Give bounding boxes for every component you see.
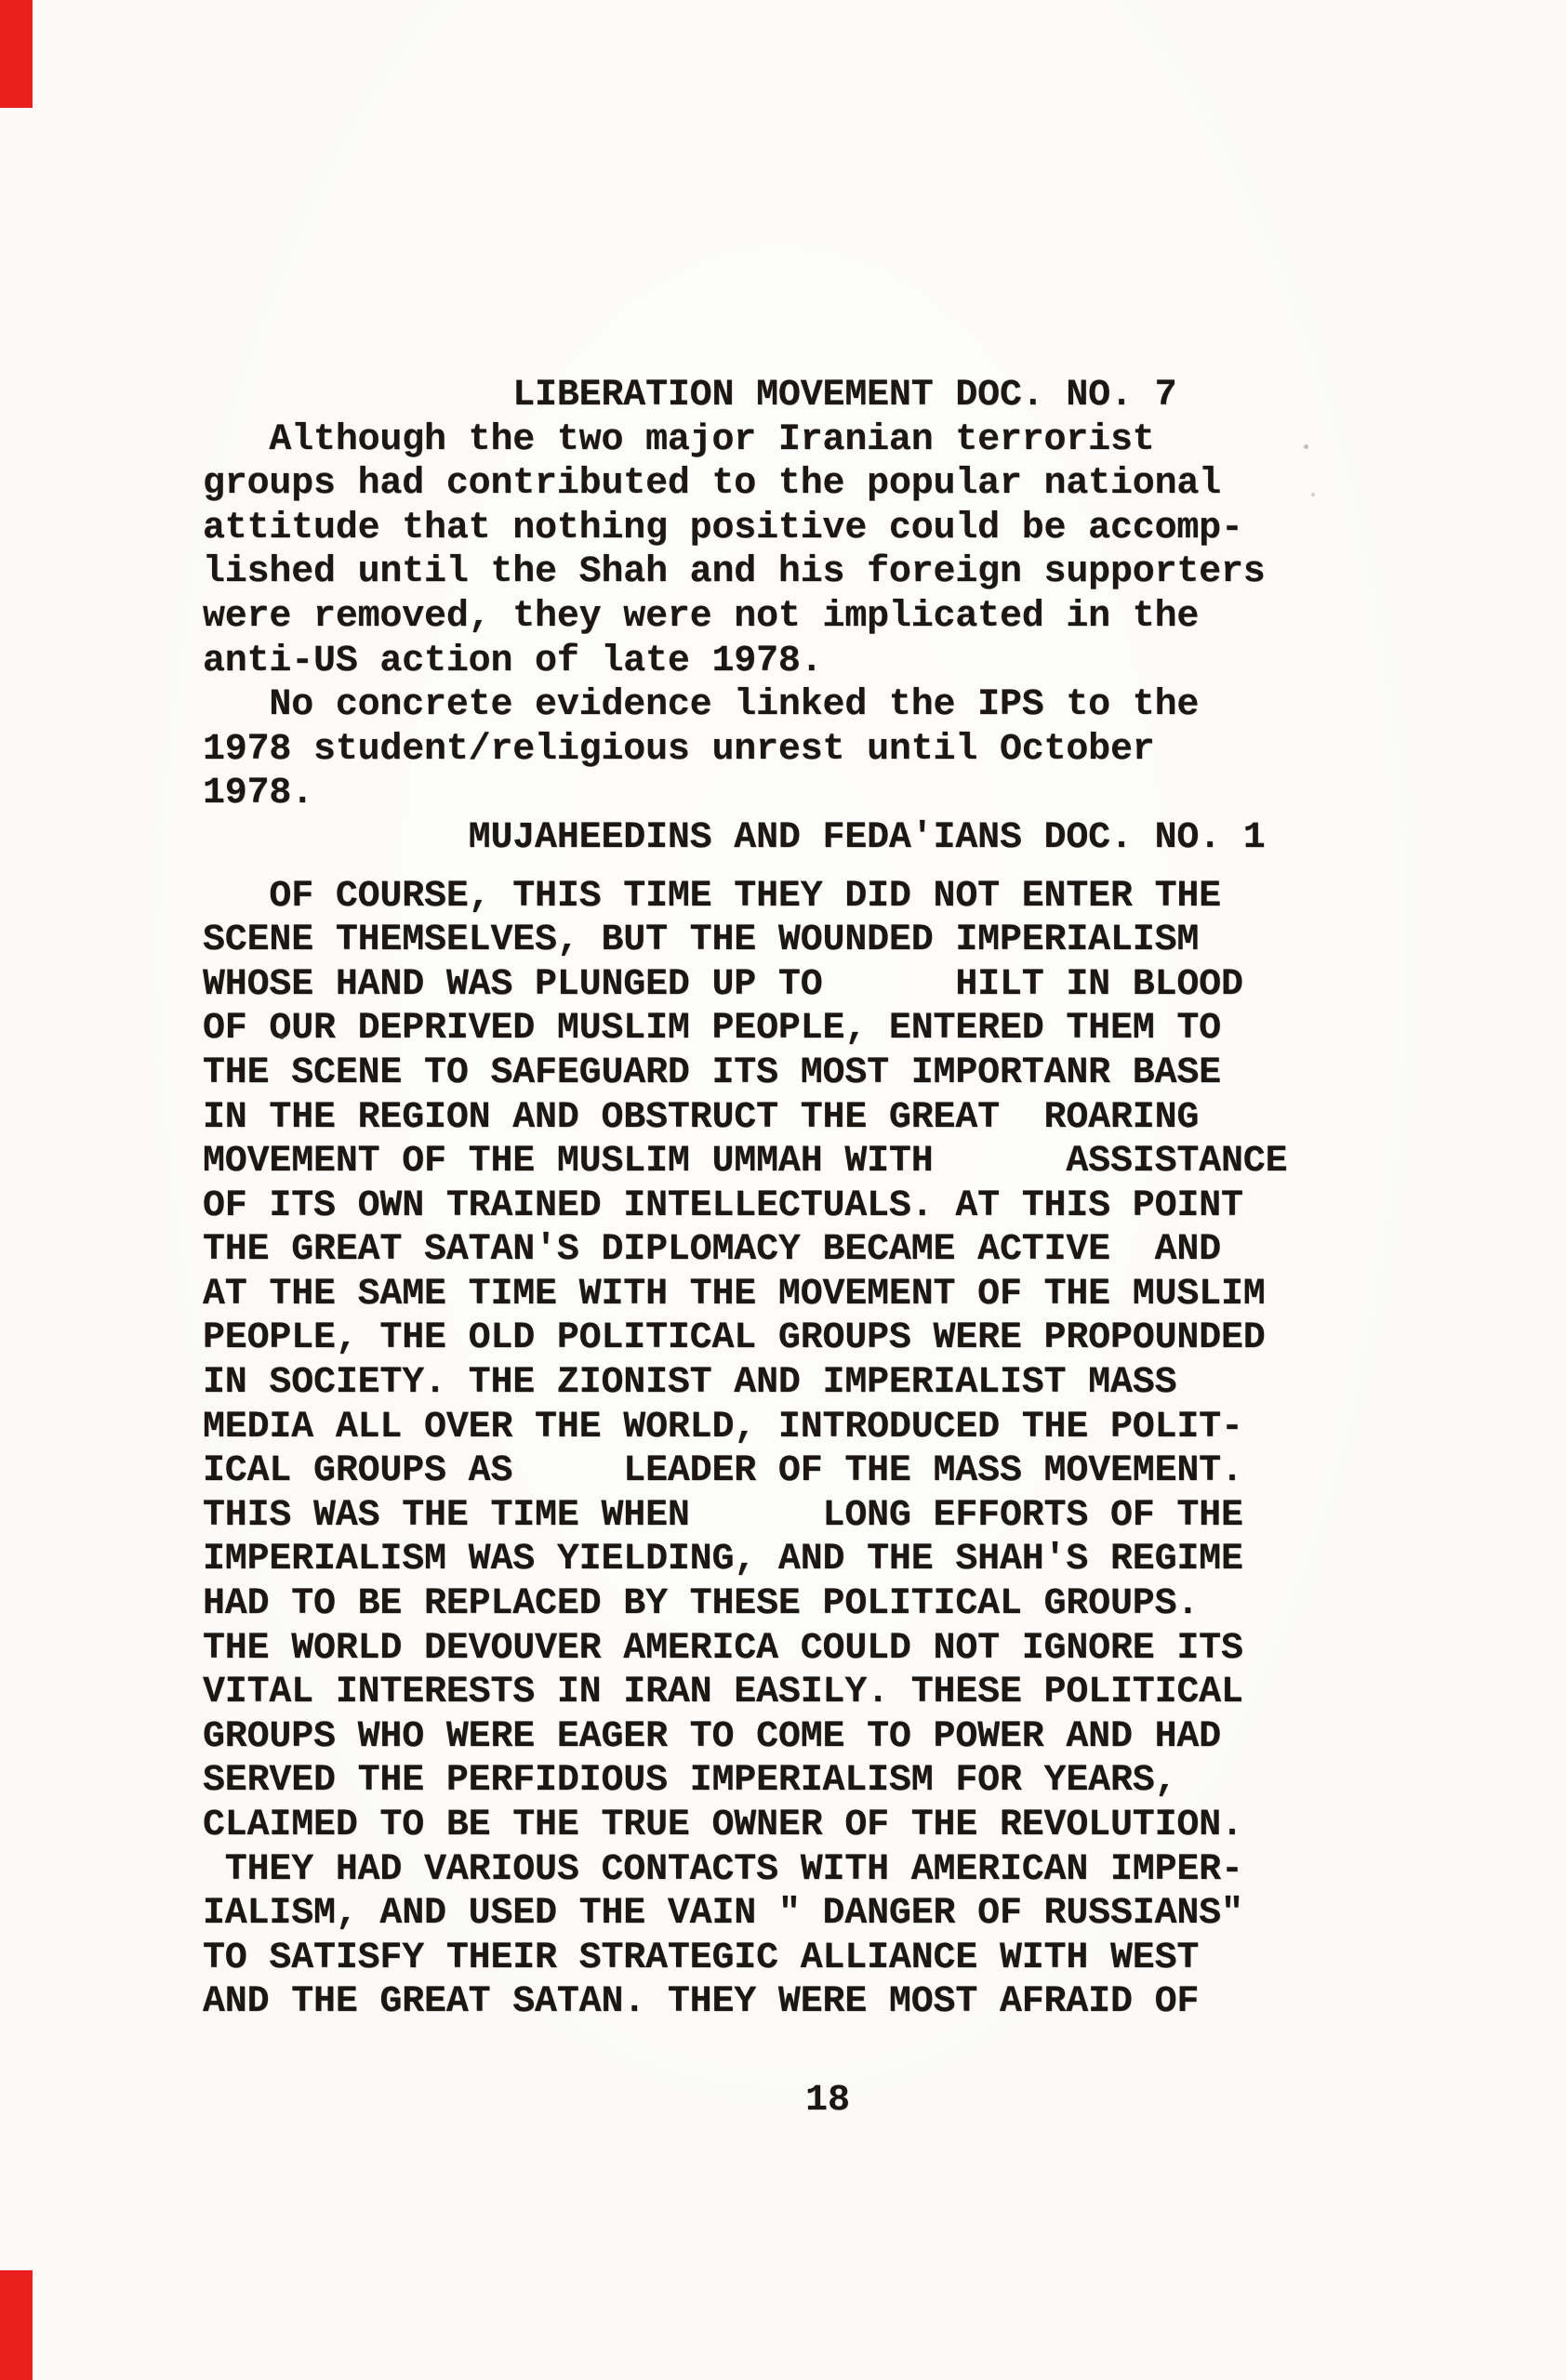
text-line: were removed, they were not implicated i… [203, 595, 1365, 640]
text-line: IN SOCIETY. THE ZIONIST AND IMPERIALIST … [203, 1361, 1365, 1406]
text-line: THE SCENE TO SAFEGUARD ITS MOST IMPORTAN… [203, 1051, 1365, 1096]
text-line: PEOPLE, THE OLD POLITICAL GROUPS WERE PR… [203, 1316, 1365, 1361]
text-line: CLAIMED TO BE THE TRUE OWNER OF THE REVO… [203, 1804, 1365, 1848]
text-line: 1978. [203, 772, 1365, 816]
text-line: THIS WAS THE TIME WHEN LONG EFFORTS OF T… [203, 1494, 1365, 1539]
text-line: THEY HAD VARIOUS CONTACTS WITH AMERICAN … [203, 1848, 1365, 1893]
text-line: GROUPS WHO WERE EAGER TO COME TO POWER A… [203, 1715, 1365, 1760]
scanned-document-page: LIBERATION MOVEMENT DOC. NO. 7 Although … [0, 0, 1566, 2380]
typewritten-text-block: LIBERATION MOVEMENT DOC. NO. 7 Although … [203, 374, 1365, 2025]
text-line: No concrete evidence linked the IPS to t… [203, 683, 1365, 728]
text-line: MOVEMENT OF THE MUSLIM UMMAH WITH ASSIST… [203, 1140, 1365, 1184]
text-line: IN THE REGION AND OBSTRUCT THE GREAT ROA… [203, 1096, 1365, 1141]
ink-speck [279, 1034, 285, 1039]
text-line: WHOSE HAND WAS PLUNGED UP TO HILT IN BLO… [203, 963, 1365, 1008]
text-line: MEDIA ALL OVER THE WORLD, INTRODUCED THE… [203, 1406, 1365, 1450]
text-line: SCENE THEMSELVES, BUT THE WOUNDED IMPERI… [203, 919, 1365, 963]
text-line: MUJAHEEDINS AND FEDA'IANS DOC. NO. 1 [203, 816, 1365, 861]
text-line: AT THE SAME TIME WITH THE MOVEMENT OF TH… [203, 1273, 1365, 1317]
text-line: SERVED THE PERFIDIOUS IMPERIALISM FOR YE… [203, 1759, 1365, 1804]
text-line: THE GREAT SATAN'S DIPLOMACY BECAME ACTIV… [203, 1228, 1365, 1273]
text-line: OF COURSE, THIS TIME THEY DID NOT ENTER … [203, 875, 1365, 919]
ink-speck [1311, 493, 1315, 496]
text-line: IALISM, AND USED THE VAIN " DANGER OF RU… [203, 1892, 1365, 1937]
text-line: OF ITS OWN TRAINED INTELLECTUALS. AT THI… [203, 1184, 1365, 1229]
text-line: TO SATISFY THEIR STRATEGIC ALLIANCE WITH… [203, 1937, 1365, 1981]
text-line: VITAL INTERESTS IN IRAN EASILY. THESE PO… [203, 1671, 1365, 1715]
text-line: HAD TO BE REPLACED BY THESE POLITICAL GR… [203, 1582, 1365, 1627]
text-line: attitude that nothing positive could be … [203, 507, 1365, 551]
text-line: lished until the Shah and his foreign su… [203, 550, 1365, 595]
text-line: ICAL GROUPS AS LEADER OF THE MASS MOVEME… [203, 1449, 1365, 1494]
text-line: 1978 student/religious unrest until Octo… [203, 728, 1365, 773]
red-scan-edge-mark-bottom [0, 2270, 33, 2380]
red-scan-edge-mark-top [0, 0, 33, 108]
text-line: anti-US action of late 1978. [203, 640, 1365, 684]
page-number: 18 [805, 2079, 850, 2123]
text-line: THE WORLD DEVOUVER AMERICA COULD NOT IGN… [203, 1627, 1365, 1672]
text-line: LIBERATION MOVEMENT DOC. NO. 7 [203, 374, 1365, 418]
ink-speck [1304, 444, 1308, 449]
text-line: AND THE GREAT SATAN. THEY WERE MOST AFRA… [203, 1980, 1365, 2025]
text-line: groups had contributed to the popular na… [203, 462, 1365, 507]
text-line: OF OUR DEPRIVED MUSLIM PEOPLE, ENTERED T… [203, 1007, 1365, 1051]
text-line: IMPERIALISM WAS YIELDING, AND THE SHAH'S… [203, 1538, 1365, 1582]
text-line: Although the two major Iranian terrorist [203, 418, 1365, 463]
